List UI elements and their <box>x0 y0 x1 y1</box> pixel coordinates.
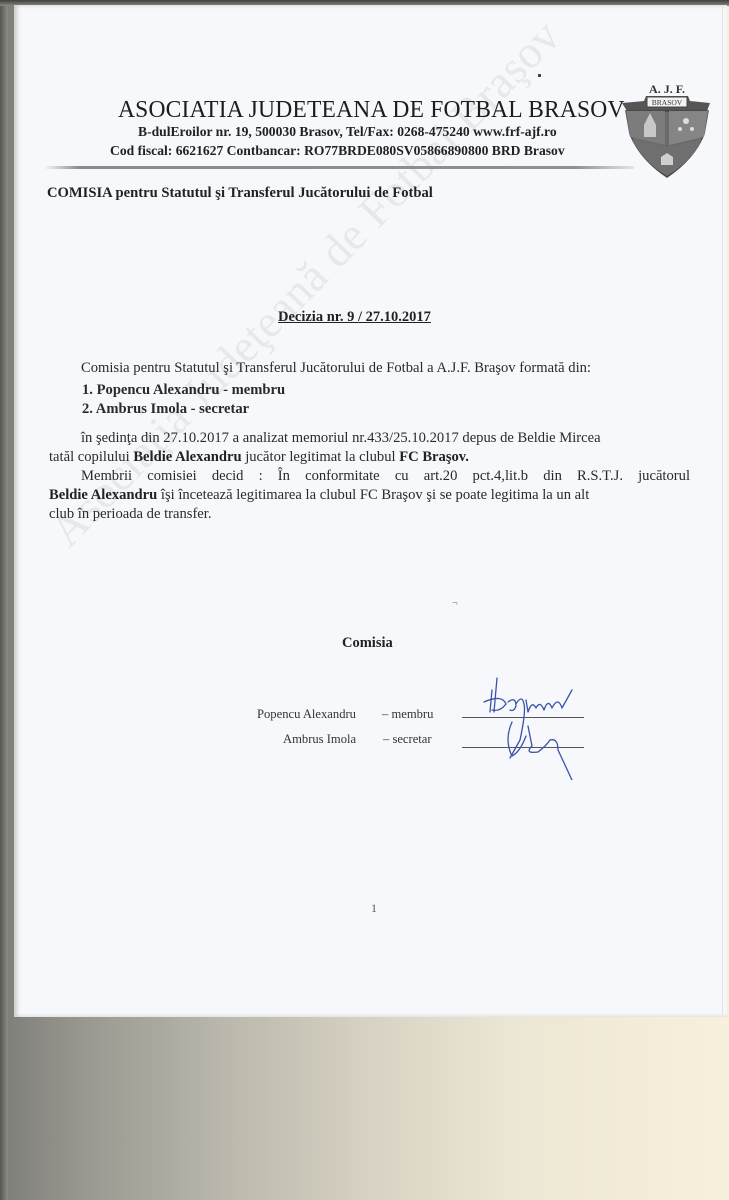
paragraph-2-line-2: Beldie Alexandru îşi încetează legitimar… <box>49 487 589 504</box>
paragraph-1-line-2: tatăl copilului Beldie Alexandru jucător… <box>49 449 469 466</box>
member-name: Ambrus Imola <box>96 401 187 417</box>
signatory-role: – secretar <box>383 732 432 747</box>
page-number: 1 <box>371 901 377 916</box>
document-page: Asociaţia Judeţeană de Fotbal Braşov ASO… <box>14 5 727 1017</box>
member-index: 2. <box>82 401 93 417</box>
member-index: 1. <box>82 382 93 398</box>
member-item: 2. Ambrus Imola - secretar <box>82 401 249 418</box>
club-name: FC Braşov. <box>399 449 469 465</box>
organization-address: B-dulEroilor nr. 19, 500030 Brasov, Tel/… <box>138 124 557 140</box>
member-role: - membru <box>223 382 285 398</box>
paragraph-2-line-3: club în perioada de transfer. <box>49 506 212 523</box>
paragraph-1-line-1: în şedinţa din 27.10.2017 a analizat mem… <box>81 430 601 447</box>
member-item: 1. Popencu Alexandru - membru <box>82 382 285 399</box>
organization-fiscal-info: Cod fiscal: 6621627 Contbancar: RO77BRDE… <box>110 143 565 159</box>
organization-title: ASOCIATIA JUDETEANA DE FOTBAL BRASOV <box>118 97 625 124</box>
player-name: Beldie Alexandru <box>133 449 241 465</box>
shield-crest-icon: A. J. F. BRASOV <box>614 79 714 179</box>
signatures-title: Comisia <box>342 635 393 652</box>
signatory-role: – membru <box>382 707 433 722</box>
handwritten-signature <box>454 660 634 780</box>
page-edge <box>722 5 723 1017</box>
member-role: - secretar <box>191 401 249 417</box>
text-span: tatăl copilului <box>49 449 133 465</box>
player-name: Beldie Alexandru <box>49 487 157 503</box>
member-name: Popencu Alexandru <box>97 382 220 398</box>
paragraph-2-line-1: Membrii comisiei decid : În conformitate… <box>81 468 690 485</box>
text-span: îşi încetează legitimarea la clubul FC B… <box>157 487 589 503</box>
stray-mark: ¬ <box>452 598 458 609</box>
logo-top-text: A. J. F. <box>649 82 685 96</box>
scan-border-left <box>0 0 8 1200</box>
logo-banner-text: BRASOV <box>652 98 683 107</box>
signatory-name: Ambrus Imola <box>283 732 356 747</box>
scan-speck <box>538 74 541 77</box>
text-span: jucător legitimat la clubul <box>242 449 400 465</box>
signatory-name: Popencu Alexandru <box>257 707 356 722</box>
committee-heading: COMISIA pentru Statutul şi Transferul Ju… <box>47 185 433 202</box>
decision-title: Decizia nr. 9 / 27.10.2017 <box>278 309 431 326</box>
header-divider <box>44 166 634 169</box>
intro-text: Comisia pentru Statutul şi Transferul Ju… <box>81 360 591 377</box>
